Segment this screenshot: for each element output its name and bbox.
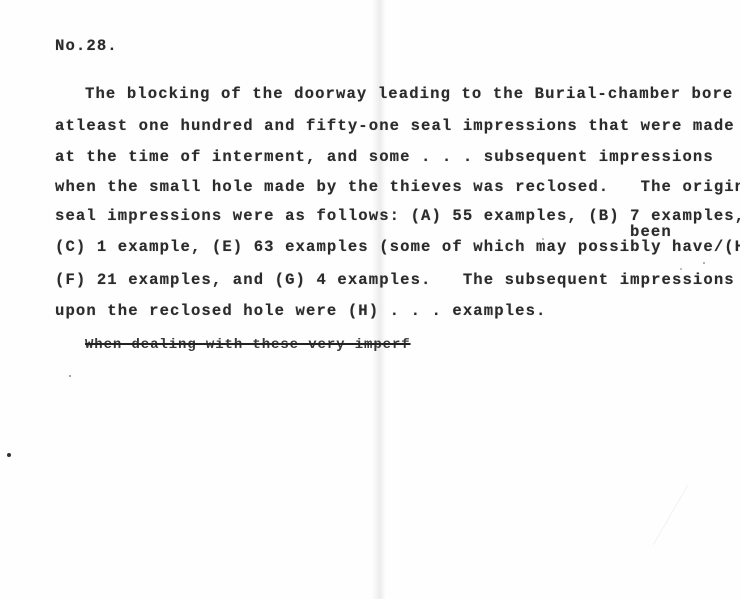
ink-speck [680,268,682,270]
paragraph-line-2: atleast one hundred and fifty-one seal i… [55,119,735,135]
paragraph-line-6: (C) 1 example, (E) 63 examples (some of … [55,240,740,256]
paragraph-line-1: The blocking of the doorway leading to t… [85,87,733,103]
paragraph-line-3: at the time of interment, and some . . .… [55,150,714,166]
document-number-heading: No.28. [55,39,118,55]
faint-paper-mark [653,485,739,545]
paragraph-line-8: upon the reclosed hole were (H) . . . ex… [55,304,547,320]
ink-speck [7,453,11,457]
paragraph-line-4: when the small hole made by the thieves … [55,180,740,196]
document-page: No.28. The blocking of the doorway leadi… [0,0,740,599]
ink-speck [703,262,705,264]
paragraph-line-7: (F) 21 examples, and (G) 4 examples. The… [55,273,735,289]
ink-speck [542,238,544,240]
ink-speck [69,375,71,377]
struck-through-text: When dealing with these very imperf [85,338,411,352]
